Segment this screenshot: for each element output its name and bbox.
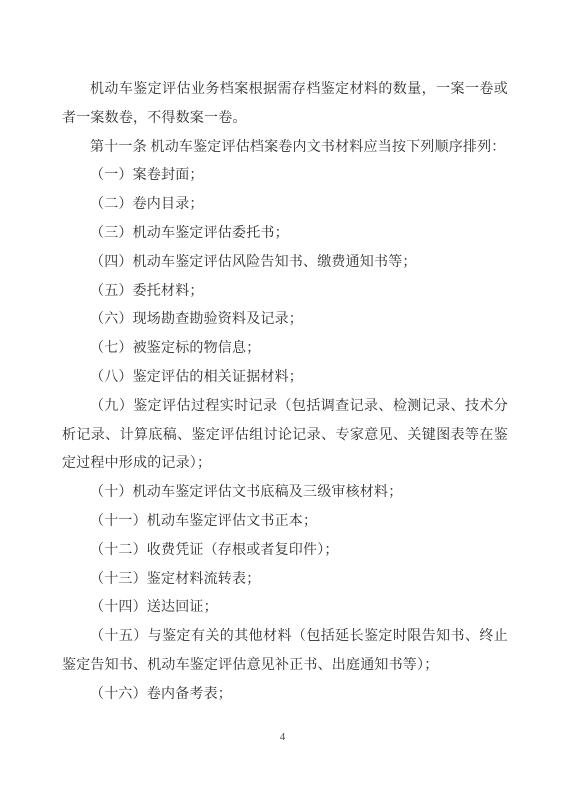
document-body: 机动车鉴定评估业务档案根据需存档鉴定材料的数量，一案一卷或者一案数卷，不得数案一… — [62, 76, 508, 710]
paragraph-archive-volume-rule: 机动车鉴定评估业务档案根据需存档鉴定材料的数量，一案一卷或者一案数卷，不得数案一… — [62, 76, 508, 134]
list-item-6-site-survey-records: （六）现场勘查勘验资料及记录； — [62, 306, 508, 335]
list-item-14-service-receipt: （十四）送达回证； — [62, 594, 508, 623]
list-item-11-document-original: （十一）机动车鉴定评估文书正本； — [62, 508, 508, 537]
list-item-12-fee-receipt: （十二）收费凭证（存根或者复印件）； — [62, 537, 508, 566]
list-item-7-subject-information: （七）被鉴定标的物信息； — [62, 335, 508, 364]
list-item-15-other-related-materials: （十五）与鉴定有关的其他材料（包括延长鉴定时限告知书、终止鉴定告知书、机动车鉴定… — [62, 623, 508, 681]
paragraph-article-11-heading: 第十一条 机动车鉴定评估档案卷内文书材料应当按下列顺序排列： — [62, 134, 508, 163]
list-item-5-engagement-materials: （五）委托材料； — [62, 278, 508, 307]
list-item-1-case-cover: （一）案卷封面； — [62, 162, 508, 191]
list-item-8-evidence-materials: （八）鉴定评估的相关证据材料； — [62, 364, 508, 393]
list-item-2-volume-contents: （二）卷内目录； — [62, 191, 508, 220]
list-item-4-risk-notice-payment-notice: （四）机动车鉴定评估风险告知书、缴费通知书等； — [62, 249, 508, 278]
list-item-9-process-realtime-records: （九）鉴定评估过程实时记录（包括调查记录、检测记录、技术分析记录、计算底稿、鉴定… — [62, 393, 508, 479]
list-item-13-material-transfer-form: （十三）鉴定材料流转表； — [62, 566, 508, 595]
page-number: 4 — [280, 731, 286, 743]
document-page: 机动车鉴定评估业务档案根据需存档鉴定材料的数量，一案一卷或者一案数卷，不得数案一… — [0, 0, 565, 800]
page-footer: 4 — [0, 727, 565, 745]
list-item-3-appraisal-engagement-letter: （三）机动车鉴定评估委托书； — [62, 220, 508, 249]
list-item-16-volume-reference-form: （十六）卷内备考表； — [62, 681, 508, 710]
list-item-10-draft-and-review-materials: （十）机动车鉴定评估文书底稿及三级审核材料； — [62, 479, 508, 508]
